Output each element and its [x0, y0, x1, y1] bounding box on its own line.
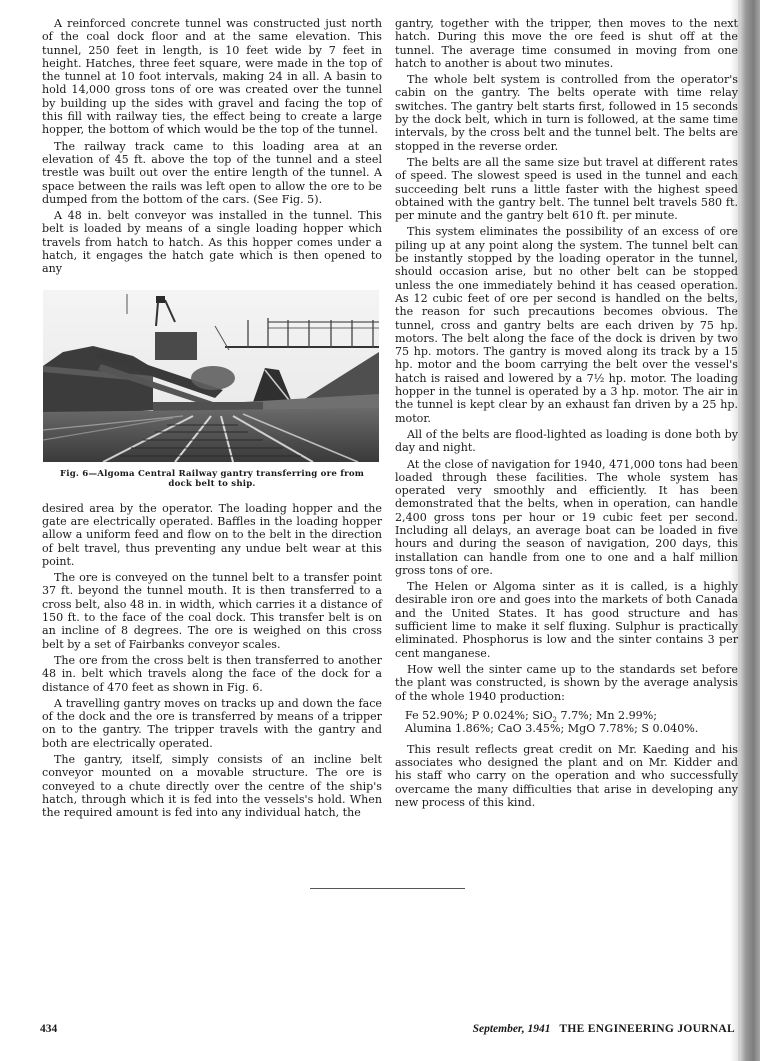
paragraph-gantry-conveyor: The gantry, itself, simply consists of a…	[42, 753, 382, 819]
paragraph-tunnel-construction: A reinforced concrete tunnel was constru…	[42, 17, 382, 137]
chemical-analysis: Fe 52.90%; P 0.024%; SiO2 7.7%; Mn 2.99%…	[405, 709, 738, 736]
scanned-page-edge-shadow	[738, 0, 760, 1061]
paragraph-navigation-1940: At the close of navigation for 1940, 471…	[395, 458, 738, 578]
journal-title: THE ENGINEERING JOURNAL	[559, 1023, 735, 1035]
paragraph-travelling-gantry: A travelling gantry moves on tracks up a…	[42, 697, 382, 750]
paragraph-motors: This system eliminates the possibility o…	[395, 225, 738, 424]
section-end-rule	[310, 888, 465, 889]
paragraph-belt-speeds: The belts are all the same size but trav…	[395, 156, 738, 222]
paragraph-transfer-point: The ore is conveyed on the tunnel belt t…	[42, 571, 382, 651]
paragraph-algoma-sinter: The Helen or Algoma sinter as it is call…	[395, 580, 738, 660]
paragraph-belt-control: The whole belt system is controlled from…	[395, 73, 738, 153]
footer-publication: September, 1941 THE ENGINEERING JOURNAL	[473, 1023, 735, 1035]
paragraph-railway-trestle: The railway track came to this loading a…	[42, 140, 382, 206]
paragraph-flood-lighting: All of the belts are flood-lighted as lo…	[395, 428, 738, 455]
page-number: 434	[40, 1023, 57, 1035]
analysis-line-1: Fe 52.90%; P 0.024%; SiO2 7.7%; Mn 2.99%…	[405, 709, 738, 723]
page-footer: 434 September, 1941 THE ENGINEERING JOUR…	[40, 1023, 735, 1039]
paragraph-loading-hopper: desired area by the operator. The loadin…	[42, 502, 382, 568]
analysis-line-2: Alumina 1.86%; CaO 3.45%; MgO 7.78%; S 0…	[405, 722, 738, 736]
paragraph-belt-conveyor: A 48 in. belt conveyor was installed in …	[42, 209, 382, 275]
paragraph-analysis-intro: How well the sinter came up to the stand…	[395, 663, 738, 703]
paragraph-closing-credit: This result reflects great credit on Mr.…	[395, 743, 738, 809]
right-column: gantry, together with the tripper, then …	[395, 17, 738, 812]
paragraph-dock-belt: The ore from the cross belt is then tran…	[42, 654, 382, 694]
photo-gantry-railway	[43, 290, 379, 462]
figure-caption: Fig. 6—Algoma Central Railway gantry tra…	[42, 469, 382, 490]
paragraph-gantry-moves: gantry, together with the tripper, then …	[395, 17, 738, 70]
issue-date: September, 1941	[473, 1023, 551, 1035]
figure-6: Fig. 6—Algoma Central Railway gantry tra…	[42, 290, 382, 490]
left-column: A reinforced concrete tunnel was constru…	[42, 17, 382, 822]
